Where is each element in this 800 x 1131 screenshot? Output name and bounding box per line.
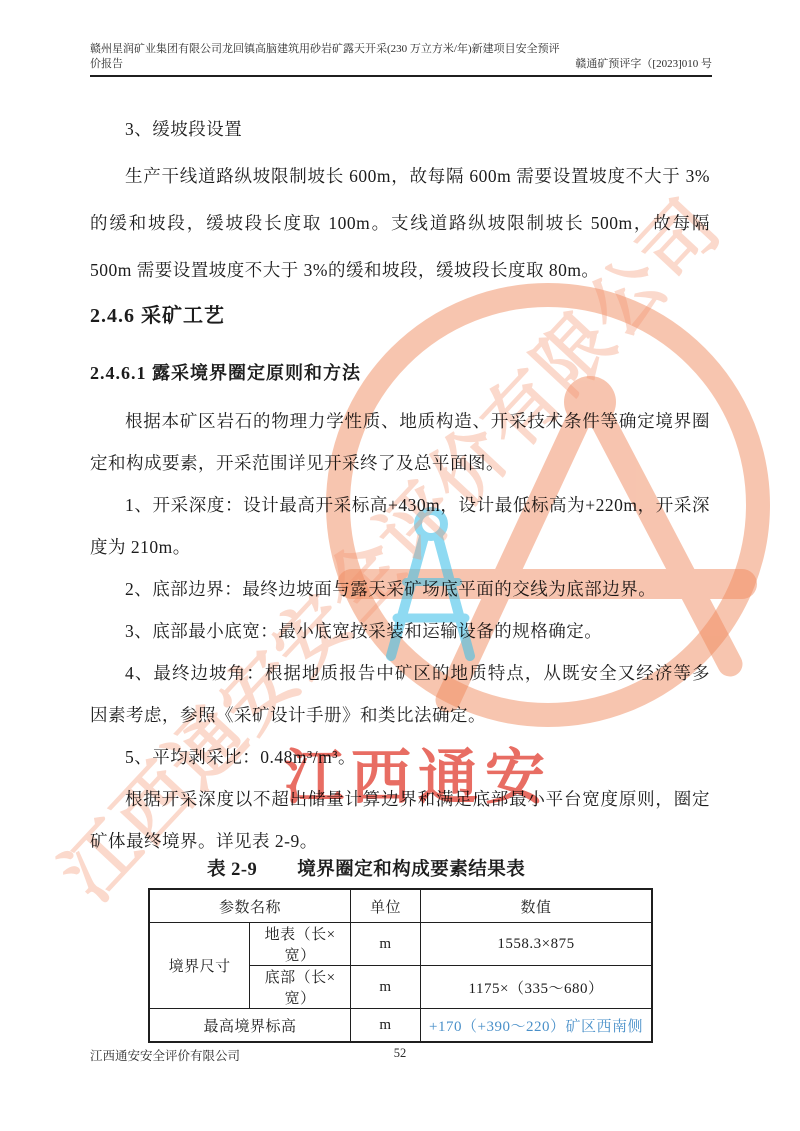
table-header-row: 参数名称 单位 数值 [149, 889, 652, 923]
cell-surface-value: 1558.3×875 [421, 923, 653, 966]
cell-max-elevation-unit: m [351, 1009, 421, 1043]
table-caption-title: 境界圈定和构成要素结果表 [297, 860, 525, 880]
subsection-heading-boundary-principles: 2.4.6.1 露采境界圈定原则和方法 [90, 360, 710, 386]
slope-section-heading: 3、缓坡段设置 [90, 106, 710, 153]
cell-max-elevation-value: +170（+390～220）矿区西南侧 [421, 1009, 653, 1043]
cell-bottom-value: 1175×（335～680） [421, 966, 653, 1009]
col-header-parameter: 参数名称 [149, 889, 351, 923]
page-number: 52 [90, 1046, 710, 1061]
report-page: 赣州星润矿业集团有限公司龙回镇高脑建筑用砂岩矿露天开采(230 万立方米/年)新… [0, 0, 800, 1131]
table-caption-label: 表 2-9 [207, 860, 257, 880]
section-heading-mining-process: 2.4.6 采矿工艺 [90, 302, 710, 330]
list-item-bottom-boundary: 2、底部边界：最终边坡面与露天采矿场底平面的交线为底部边界。 [90, 568, 710, 610]
document-body: 3、缓坡段设置 生产干线道路纵坡限制坡长 600m，故每隔 600m 需要设置坡… [90, 106, 710, 1043]
table-row: 最高境界标高 m +170（+390～220）矿区西南侧 [149, 1009, 652, 1043]
list-item-min-bottom-width: 3、底部最小底宽：最小底宽按采装和运输设备的规格确定。 [90, 610, 710, 652]
list-item-stripping-ratio: 5、平均剥采比：0.48m³/m³。 [90, 736, 710, 778]
page-header: 赣州星润矿业集团有限公司龙回镇高脑建筑用砂岩矿露天开采(230 万立方米/年)新… [90, 48, 712, 77]
cell-group-boundary-size: 境界尺寸 [149, 923, 250, 1009]
page-footer: 江西通安安全评价有限公司 52 [90, 1046, 710, 1064]
paragraph-boundary-intro: 根据本矿区岩石的物理力学性质、地质构造、开采技术条件等确定境界圈定和构成要素，开… [90, 400, 710, 484]
cell-surface-unit: m [351, 923, 421, 966]
list-item-final-slope-angle: 4、最终边坡角：根据地质报告中矿区的地质特点，从既安全又经济等多因素考虑，参照《… [90, 652, 710, 736]
table-row: 境界尺寸 地表（长×宽） m 1558.3×875 [149, 923, 652, 966]
header-report-title: 赣州星润矿业集团有限公司龙回镇高脑建筑用砂岩矿露天开采(230 万立方米/年)新… [90, 42, 570, 72]
paragraph-final-boundary: 根据开采深度以不超出储量计算边界和满足底部最小平台宽度原则，圈定矿体最终境界。详… [90, 778, 710, 862]
list-item-mining-depth: 1、开采深度：设计最高开采标高+430m，设计最低标高为+220m，开采深度为 … [90, 484, 710, 568]
cell-bottom-dims: 底部（长×宽） [250, 966, 351, 1009]
col-header-unit: 单位 [351, 889, 421, 923]
table-caption: 表 2-9境界圈定和构成要素结果表 [207, 858, 710, 882]
paragraph-slope-design: 生产干线道路纵坡限制坡长 600m，故每隔 600m 需要设置坡度不大于 3%的… [90, 153, 710, 294]
col-header-value: 数值 [421, 889, 653, 923]
header-document-number: 赣通矿预评字（[2023]010 号 [575, 57, 712, 72]
cell-bottom-unit: m [351, 966, 421, 1009]
boundary-elements-table: 参数名称 单位 数值 境界尺寸 地表（长×宽） m 1558.3×875 底部（… [148, 888, 653, 1043]
cell-max-elevation-name: 最高境界标高 [149, 1009, 351, 1043]
cell-surface-dims: 地表（长×宽） [250, 923, 351, 966]
